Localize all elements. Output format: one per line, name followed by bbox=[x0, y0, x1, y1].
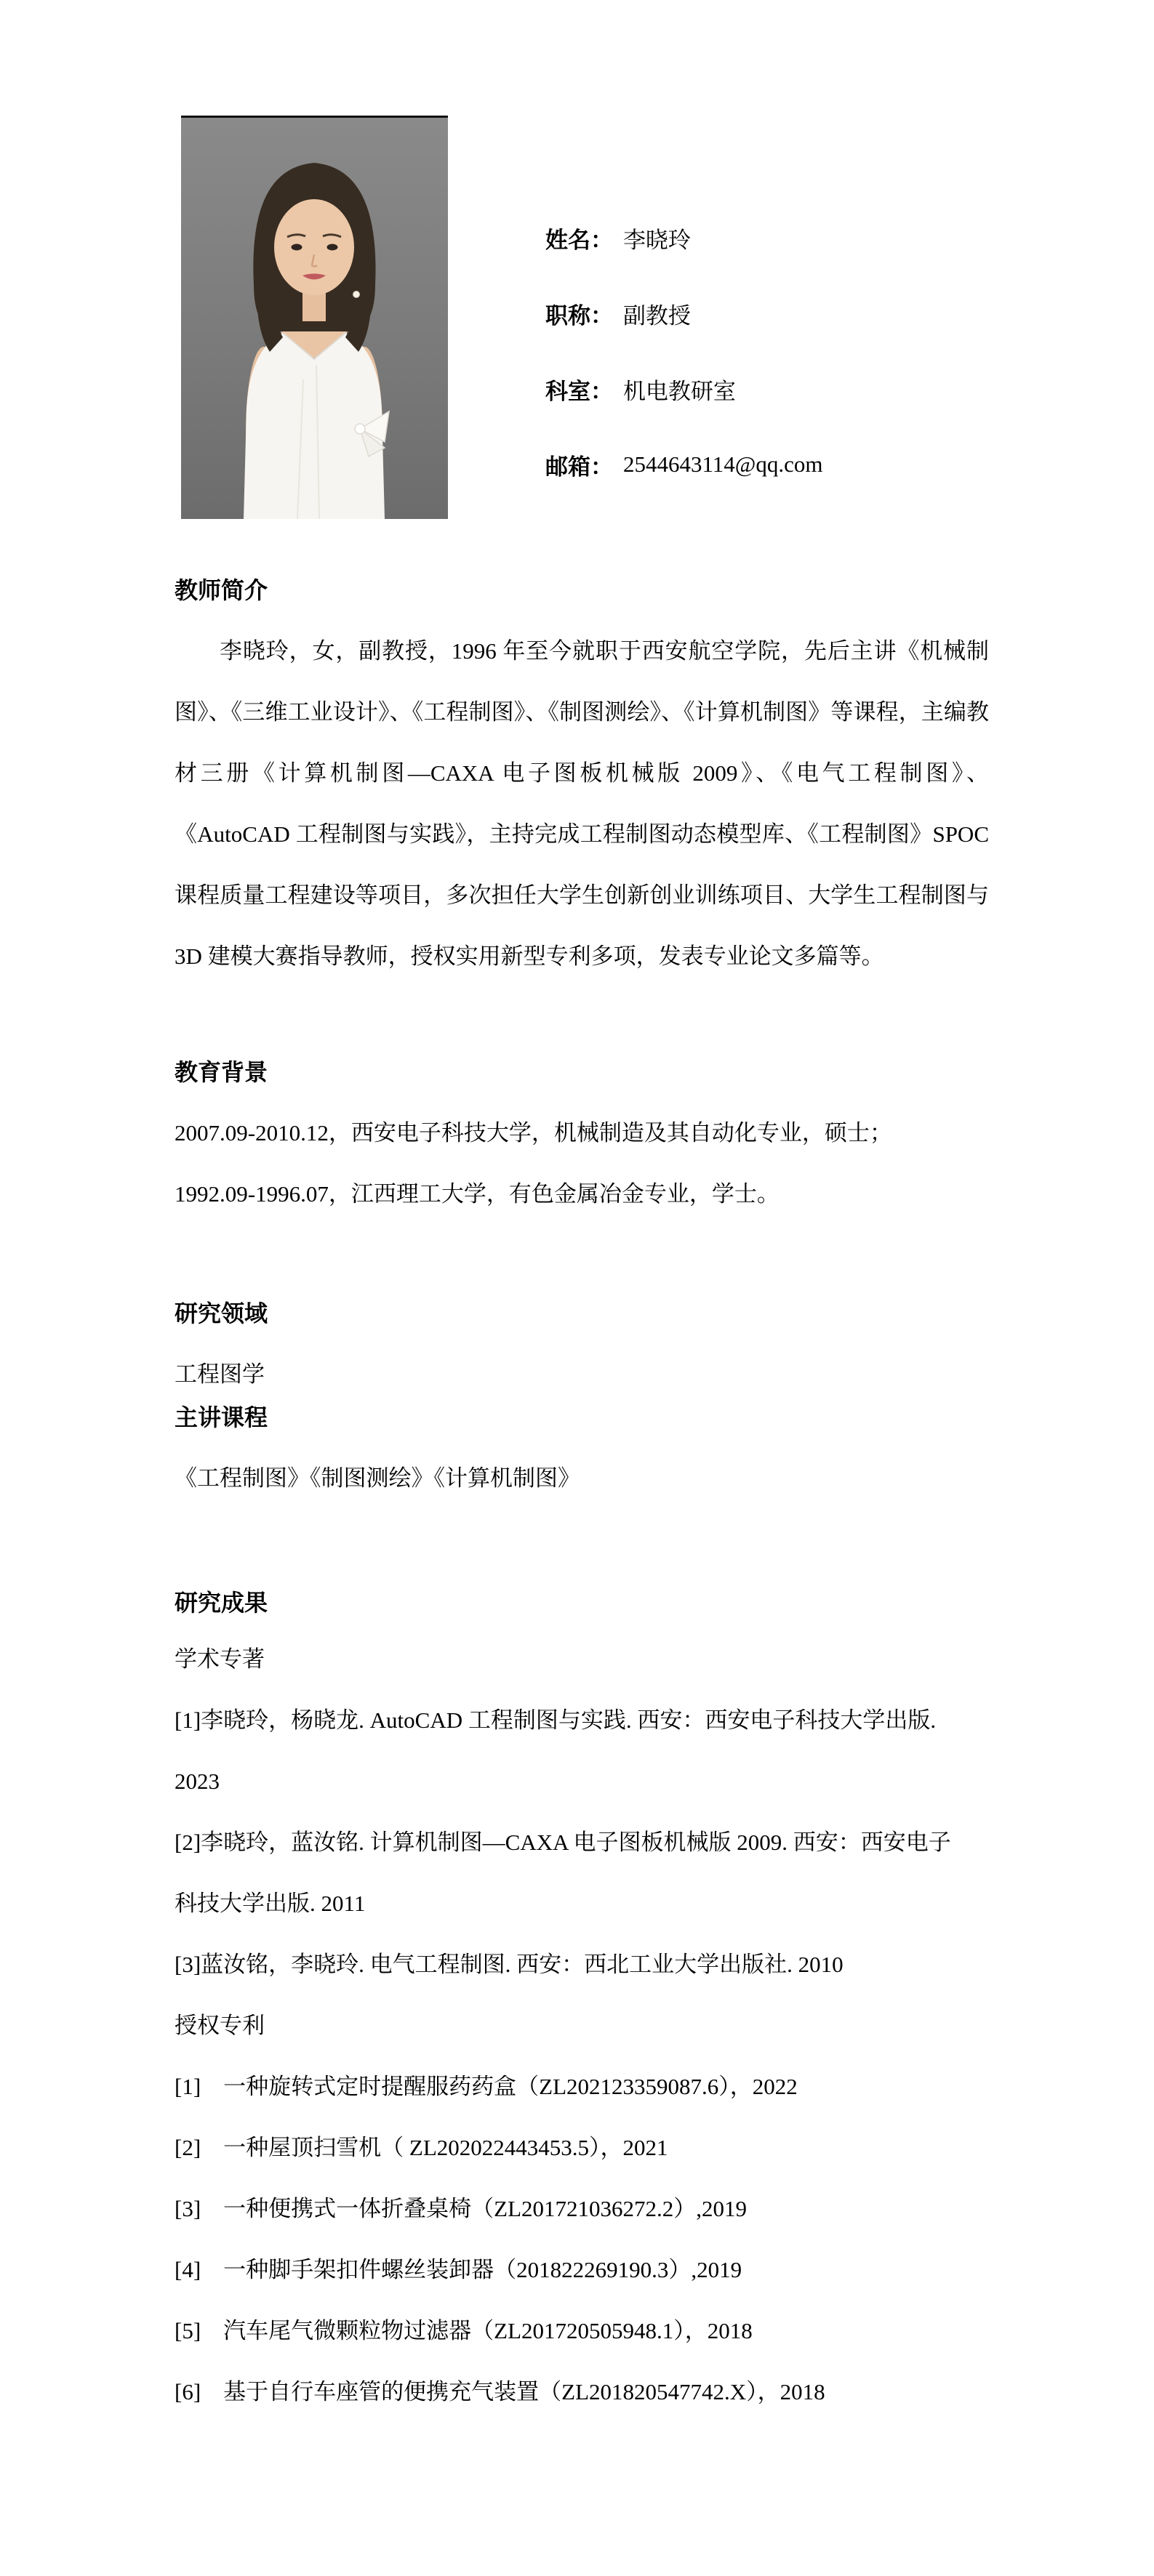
section-heading-courses: 主讲课程 bbox=[175, 1387, 989, 1448]
info-row-name: 姓名： 李晓玲 bbox=[545, 200, 822, 275]
title-value: 副教授 bbox=[623, 297, 691, 330]
section-heading-intro: 教师简介 bbox=[175, 560, 989, 621]
faculty-profile-page: 姓名： 李晓玲 职称： 副教授 科室： 机电教研室 邮箱： 2544643114… bbox=[0, 0, 1154, 2576]
info-row-email: 邮箱： 2544643114@qq.com bbox=[545, 427, 822, 502]
patent-item: [3] 一种便携式一体折叠桌椅（ZL201721036272.2）,2019 bbox=[175, 2178, 989, 2239]
info-row-title: 职称： 副教授 bbox=[545, 275, 822, 351]
monograph-item: [2]李晓玲，蓝汝铭. 计算机制图—CAXA 电子图板机械版 2009. 西安：… bbox=[175, 1812, 989, 1934]
name-value: 李晓玲 bbox=[623, 222, 691, 254]
patent-item: [4] 一种脚手架扣件螺丝装卸器（201822269190.3）,2019 bbox=[175, 2239, 989, 2301]
monograph-item: [1]李晓玲，杨晓龙. AutoCAD 工程制图与实践. 西安：西安电子科技大学… bbox=[175, 1690, 989, 1812]
info-row-department: 科室： 机电教研室 bbox=[545, 351, 822, 427]
patent-item: [6] 基于自行车座管的便携充气装置（ZL201820547742.X），201… bbox=[175, 2362, 989, 2423]
basic-info-block: 姓名： 李晓玲 职称： 副教授 科室： 机电教研室 邮箱： 2544643114… bbox=[545, 200, 822, 502]
email-value: 2544643114@qq.com bbox=[623, 451, 823, 478]
patent-item: [5] 汽车尾气微颗粒物过滤器（ZL201720505948.1），2018 bbox=[175, 2301, 989, 2362]
teacher-portrait-photo bbox=[181, 116, 448, 519]
patent-item: [1] 一种旋转式定时提醒服药药盒（ZL202123359087.6），2022 bbox=[175, 2056, 989, 2117]
education-item: 2007.09-2010.12，西安电子科技大学，机械制造及其自动化专业，硕士； bbox=[175, 1103, 989, 1164]
section-heading-achievements: 研究成果 bbox=[175, 1572, 989, 1633]
department-label: 科室： bbox=[545, 373, 613, 406]
department-value: 机电教研室 bbox=[623, 373, 736, 406]
name-label: 姓名： bbox=[545, 222, 613, 254]
title-label: 职称： bbox=[545, 297, 613, 330]
subheading-monographs: 学术专著 bbox=[175, 1629, 989, 1690]
courses-text: 《工程制图》《制图测绘》《计算机制图》 bbox=[175, 1448, 989, 1509]
section-heading-education: 教育背景 bbox=[175, 1042, 989, 1103]
main-content: 教师简介 李晓玲，女，副教授，1996 年至今就职于西安航空学院，先后主讲《机械… bbox=[175, 560, 989, 2423]
section-heading-research-area: 研究领域 bbox=[175, 1283, 989, 1344]
intro-paragraph: 李晓玲，女，副教授，1996 年至今就职于西安航空学院，先后主讲《机械制图》、《… bbox=[175, 621, 989, 987]
monograph-item: [3]蓝汝铭，李晓玲. 电气工程制图. 西安：西北工业大学出版社. 2010 bbox=[175, 1934, 989, 1995]
email-label: 邮箱： bbox=[545, 448, 613, 481]
subheading-patents: 授权专利 bbox=[175, 1995, 989, 2056]
education-item: 1992.09-1996.07，江西理工大学，有色金属冶金专业，学士。 bbox=[175, 1164, 989, 1225]
patent-item: [2] 一种屋顶扫雪机（ ZL202022443453.5），2021 bbox=[175, 2117, 989, 2178]
portrait-illustration bbox=[181, 118, 448, 519]
